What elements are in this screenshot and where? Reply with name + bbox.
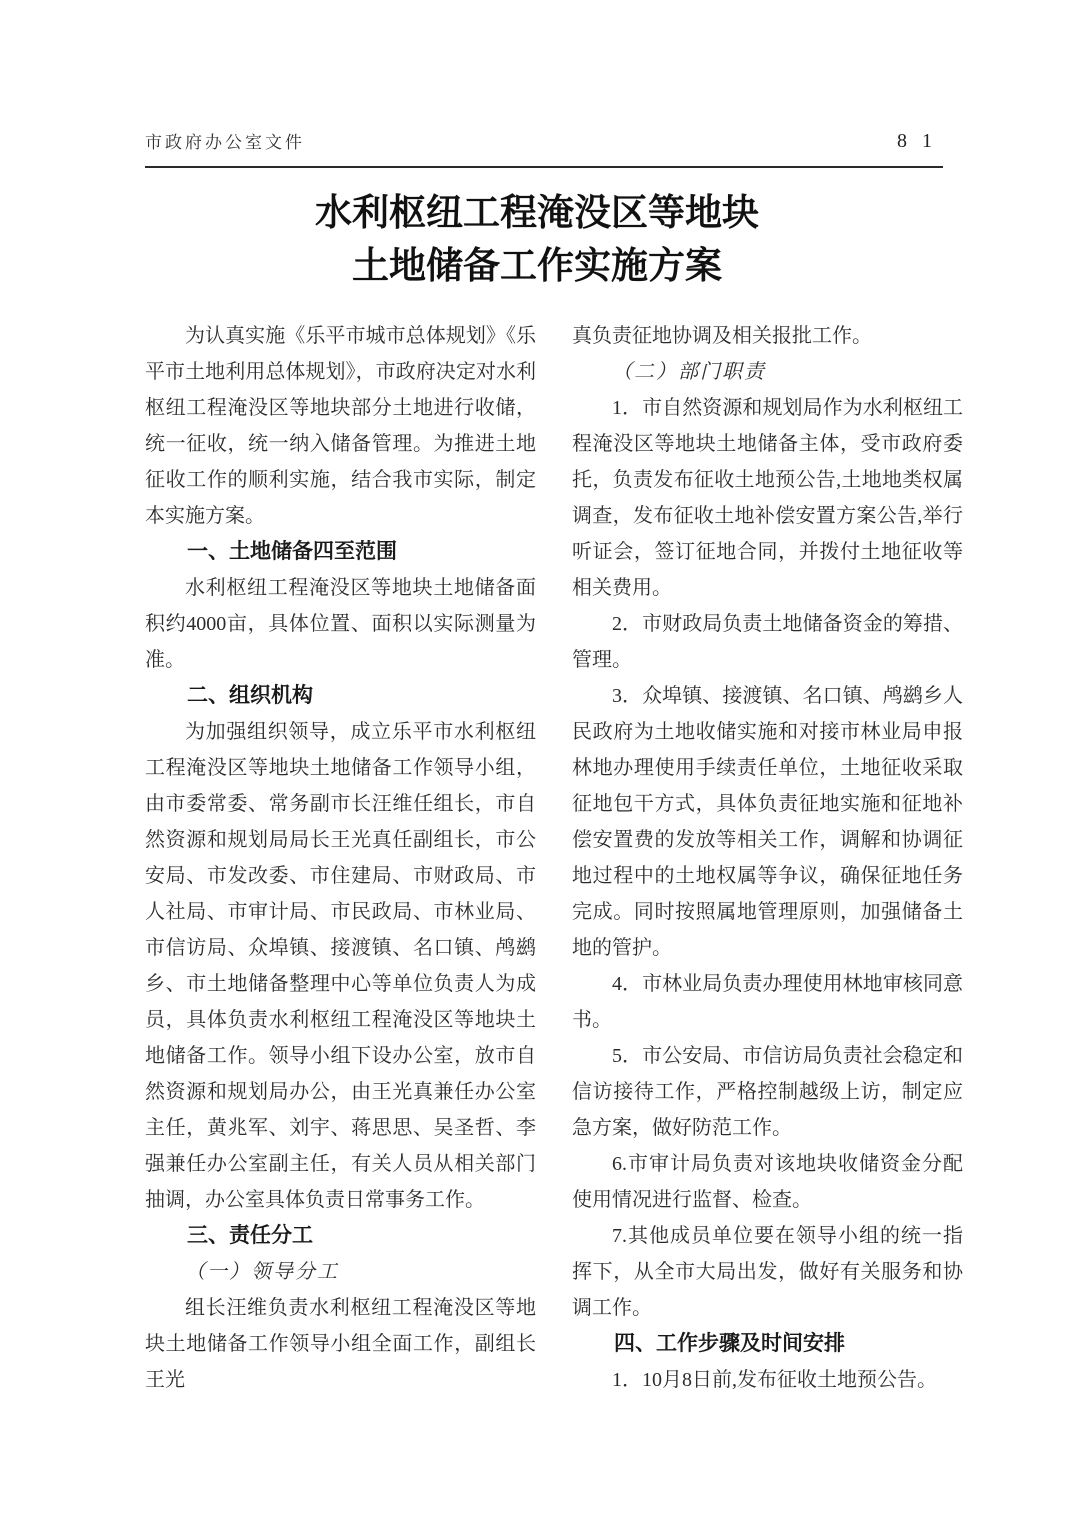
document-title-line2: 土地储备工作实施方案 [0, 239, 1074, 292]
paragraph: 3．众埠镇、接渡镇、名口镇、鸬鹚乡人民政府为土地收储实施和对接市林业局申报林地办… [572, 678, 963, 966]
document-title: 水利枢纽工程淹没区等地块 土地储备工作实施方案 [0, 186, 1074, 292]
section-heading: 二、组织机构 [145, 678, 536, 714]
paragraph: 为认真实施《乐平市城市总体规划》《乐平市土地利用总体规划》，市政府决定对水利枢纽… [145, 318, 536, 534]
paragraph: 2．市财政局负责土地储备资金的筹措、管理。 [572, 606, 963, 678]
sub-heading: （一）领导分工 [145, 1254, 536, 1290]
section-heading: 四、工作步骤及时间安排 [572, 1326, 963, 1362]
document-page: 市政府办公室文件 8 1 水利枢纽工程淹没区等地块 土地储备工作实施方案 为认真… [0, 0, 1074, 1520]
paragraph: 为加强组织领导，成立乐平市水利枢纽工程淹没区等地块土地储备工作领导小组，由市委常… [145, 714, 536, 1218]
paragraph: 组长汪维负责水利枢纽工程淹没区等地块土地储备工作领导小组全面工作，副组长王光 [145, 1290, 536, 1398]
paragraph: 6.市审计局负责对该地块收储资金分配使用情况进行监督、检查。 [572, 1146, 963, 1218]
doc-type-label: 市政府办公室文件 [145, 128, 305, 153]
paragraph: 1．市自然资源和规划局作为水利枢纽工程淹没区等地块土地储备主体，受市政府委托，负… [572, 390, 963, 606]
left-column: 为认真实施《乐平市城市总体规划》《乐平市土地利用总体规划》，市政府决定对水利枢纽… [145, 318, 536, 1398]
section-heading: 三、责任分工 [145, 1218, 536, 1254]
right-column: 真负责征地协调及相关报批工作。（二）部门职责1．市自然资源和规划局作为水利枢纽工… [572, 318, 963, 1398]
paragraph: 7.其他成员单位要在领导小组的统一指挥下，从全市大局出发，做好有关服务和协调工作… [572, 1218, 963, 1326]
paragraph: 水利枢纽工程淹没区等地块土地储备面积约4000亩，具体位置、面积以实际测量为准。 [145, 570, 536, 678]
paragraph: 4．市林业局负责办理使用林地审核同意书。 [572, 966, 963, 1038]
page-header: 市政府办公室文件 8 1 [145, 128, 943, 156]
document-title-line1: 水利枢纽工程淹没区等地块 [0, 186, 1074, 239]
paragraph: 真负责征地协调及相关报批工作。 [572, 318, 963, 354]
section-heading: 一、土地储备四至范围 [145, 534, 536, 570]
paragraph: 1．10月8日前,发布征收土地预公告。 [572, 1362, 963, 1398]
sub-heading: （二）部门职责 [572, 354, 963, 390]
paragraph: 5．市公安局、市信访局负责社会稳定和信访接待工作，严格控制越级上访，制定应急方案… [572, 1038, 963, 1146]
body-columns: 为认真实施《乐平市城市总体规划》《乐平市土地利用总体规划》，市政府决定对水利枢纽… [145, 318, 963, 1398]
page-number: 8 1 [897, 130, 937, 153]
header-rule [145, 166, 943, 168]
